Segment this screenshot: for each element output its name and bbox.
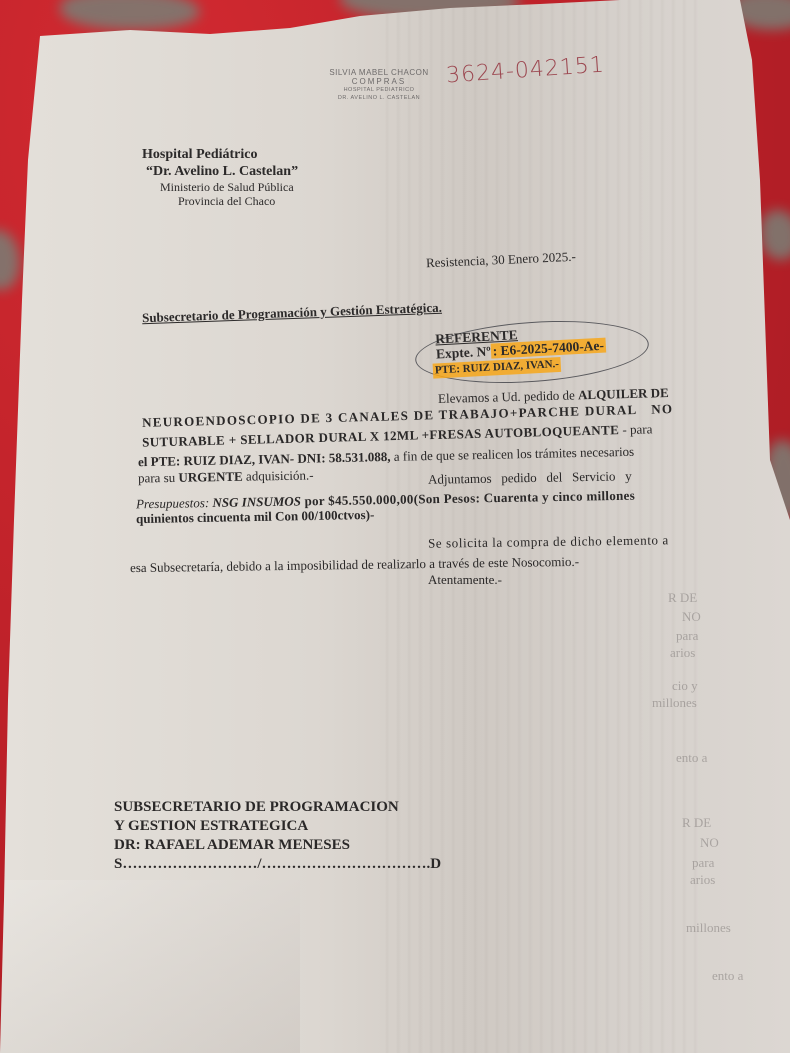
document-sheet: SILVIA MABEL CHACON COMPRAS HOSPITAL PED…	[0, 0, 790, 1053]
letterhead-name: “Dr. Avelino L. Castelan”	[142, 163, 298, 180]
stamp: SILVIA MABEL CHACON COMPRAS HOSPITAL PED…	[314, 68, 444, 102]
p1-l2b: NO	[651, 401, 673, 417]
stamp-dept: COMPRAS	[314, 77, 444, 86]
p1-line-5: para su URGENTE adquisición.-	[138, 467, 314, 486]
p1-l4b: a fin de que se realicen los trámites ne…	[390, 444, 634, 464]
signature-name: DR: RAFAEL ADEMAR MENESES	[114, 836, 441, 855]
bleed-through-text: R DE	[668, 590, 697, 606]
p2-line-3: quinientos cincuenta mil Con 00/100ctvos…	[136, 507, 375, 527]
letterhead-institution: Hospital Pediátrico	[142, 146, 298, 163]
bleed-through-text: ento a	[676, 750, 707, 766]
bleed-through-text: cio y	[672, 678, 698, 694]
p1-l5c: adquisición.-	[243, 467, 314, 483]
bleed-through-text: NO	[700, 835, 719, 851]
p1-l5b: URGENTE	[178, 469, 243, 485]
p3-closing: Atentamente.-	[428, 572, 502, 588]
p2-line-1: Adjuntamos pedido del Servicio y	[428, 468, 632, 488]
letterhead-ministry: Ministerio de Salud Pública	[142, 180, 298, 194]
signature-block: SUBSECRETARIO DE PROGRAMACION Y GESTION …	[114, 798, 441, 874]
p1-l4a: el PTE: RUIZ DIAZ, IVAN- DNI: 58.531.088…	[138, 449, 391, 469]
stamp-hospital-name: DR. AVELINO L. CASTELAN	[314, 94, 444, 102]
signature-title-1: SUBSECRETARIO DE PROGRAMACION	[114, 798, 441, 817]
p2-label: Presupuestos:	[136, 495, 213, 511]
stamp-hospital: HOSPITAL PEDIATRICO	[314, 86, 444, 94]
paper-fold-shading	[0, 880, 300, 1053]
referente-block: REFERENTE Expte. Nº: E6-2025-7400-Ae- PT…	[435, 323, 607, 379]
bleed-through-text: millones	[652, 695, 697, 711]
bleed-through-text: R DE	[682, 815, 711, 831]
letter-date: Resistencia, 30 Enero 2025.-	[426, 249, 576, 272]
handwritten-phone: 3624-042151	[445, 52, 605, 88]
signature-salutation: S………………………/…………………………….D	[114, 855, 441, 874]
p2-line-2: Presupuestos: NSG INSUMOS por $45.550.00…	[136, 488, 635, 513]
letterhead: Hospital Pediátrico “Dr. Avelino L. Cast…	[142, 146, 298, 208]
bleed-through-text: arios	[670, 645, 695, 661]
p1-intro-bold: ALQUILER DE	[578, 385, 669, 402]
print-streaks	[0, 0, 790, 1053]
bleed-through-text: para	[692, 855, 714, 871]
bleed-through-text: arios	[690, 872, 715, 888]
bleed-through-text: millones	[686, 920, 731, 936]
p3-line-1: Se solicita la compra de dicho elemento …	[428, 532, 669, 551]
stamp-name: SILVIA MABEL CHACON	[314, 68, 444, 77]
p1-l5a: para su	[138, 470, 179, 486]
p1-l3b: - para	[619, 421, 653, 437]
bleed-through-text: ento a	[712, 968, 743, 984]
p2-amount: por $45.550.000,00(Son Pesos: Cuarenta y…	[301, 488, 635, 509]
p3-line-2: esa Subsecretaría, debido a la imposibil…	[130, 554, 579, 576]
letterhead-province: Provincia del Chaco	[142, 194, 298, 208]
bleed-through-text: NO	[682, 609, 701, 625]
bleed-through-text: para	[676, 628, 698, 644]
signature-title-2: Y GESTION ESTRATEGICA	[114, 817, 441, 836]
recipient: Subsecretario de Programación y Gestión …	[142, 300, 442, 326]
